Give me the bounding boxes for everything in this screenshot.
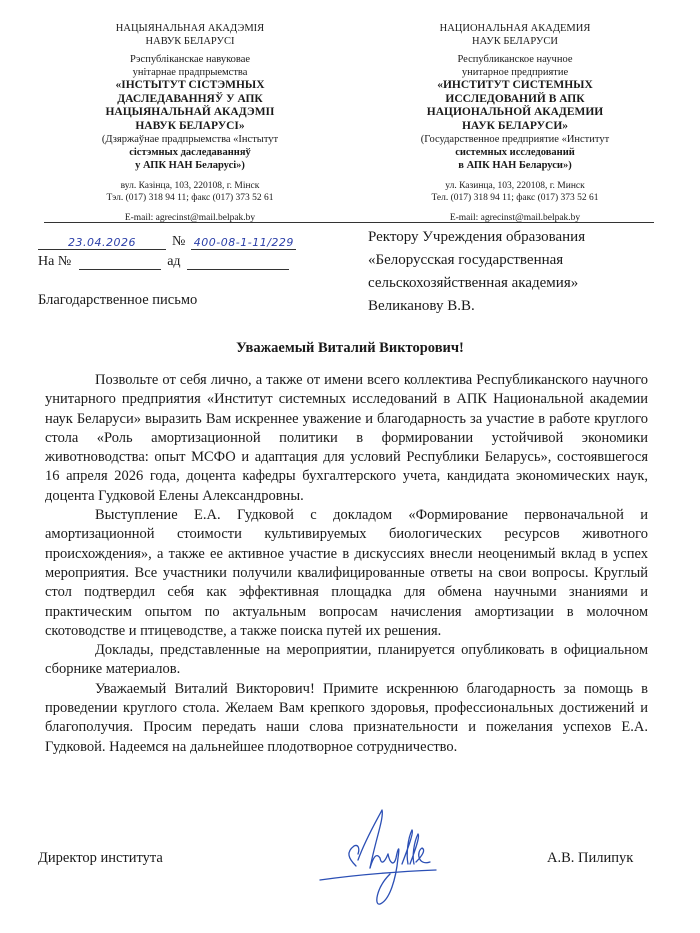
number-label: № — [172, 234, 185, 250]
signatory-name: А.В. Пилипук — [547, 850, 633, 867]
academy-name: НАЦИОНАЛЬНАЯ АКАДЕМИЯ НАУК БЕЛАРУСИ — [365, 22, 665, 48]
letter-body: Позвольте от себя лично, а также от имен… — [45, 371, 648, 757]
paragraph: Уважаемый Виталий Викторович! Примите ис… — [45, 680, 648, 757]
in-reply-blank — [79, 269, 161, 270]
academy-line: НАЦЫЯНАЛЬНАЯ АКАДЭМІЯ — [40, 22, 340, 35]
handwritten-number: 400-08-1-11/229 — [191, 236, 296, 250]
addressee-line: «Белорусская государственная — [368, 249, 585, 272]
org-name-line: ДАСЛЕДАВАННЯЎ У АПК — [40, 93, 340, 107]
org-name-line: «ІНСТЫТУТ СІСТЭМНЫХ — [40, 79, 340, 93]
org-short-name: (Государственное предприятие «Институт с… — [365, 133, 665, 172]
letter-subject: Благодарственное письмо — [38, 292, 197, 309]
academy-name: НАЦЫЯНАЛЬНАЯ АКАДЭМІЯ НАВУК БЕЛАРУСІ — [40, 22, 340, 48]
org-name: «ИНСТИТУТ СИСТЕМНЫХ ИССЛЕДОВАНИЙ В АПК Н… — [365, 79, 665, 133]
phone: Тел. (017) 318 94 11; факс (017) 373 52 … — [365, 192, 665, 204]
short-name-line: сістэмных даследаванняў — [40, 146, 340, 159]
handwritten-signature — [318, 808, 438, 918]
short-name-line: (Дзяржаўнае прадпрыемства «Інстытут — [40, 133, 340, 146]
academy-line: НАЦИОНАЛЬНАЯ АКАДЕМИЯ — [365, 22, 665, 35]
email: E-mail: agrecinst@mail.belpak.by — [40, 212, 340, 225]
reference-block: 23.04.2026 № 400-08-1-11/229 На № ад — [38, 232, 296, 270]
handwritten-date: 23.04.2026 — [38, 236, 166, 250]
org-name-line: НАЦИОНАЛЬНОЙ АКАДЕМИИ — [365, 106, 665, 120]
org-type: Рэспубліканскае навуковае унітарнае прад… — [40, 53, 340, 79]
org-name-line: «ИНСТИТУТ СИСТЕМНЫХ — [365, 79, 665, 93]
org-type-line: Республиканское научное — [365, 53, 665, 66]
from-label: ад — [167, 254, 180, 270]
paragraph: Доклады, представленные на мероприятии, … — [45, 641, 648, 680]
org-name-line: ИССЛЕДОВАНИЙ В АПК — [365, 93, 665, 107]
org-name-line: НАЦЫЯНАЛЬНАЙ АКАДЭМІІ — [40, 106, 340, 120]
incoming-ref-row: На № ад — [38, 252, 296, 270]
address: вул. Казінца, 103, 220108, г. Мінск — [40, 180, 340, 192]
letterhead-belarusian: НАЦЫЯНАЛЬНАЯ АКАДЭМІЯ НАВУК БЕЛАРУСІ Рэс… — [40, 22, 340, 225]
academy-line: НАУК БЕЛАРУСИ — [365, 35, 665, 48]
address: ул. Казинца, 103, 220108, г. Минск — [365, 180, 665, 192]
short-name-line: в АПК НАН Беларуси») — [365, 159, 665, 172]
addressee-block: Ректору Учреждения образования «Белорусс… — [368, 226, 585, 318]
letterhead-russian: НАЦИОНАЛЬНАЯ АКАДЕМИЯ НАУК БЕЛАРУСИ Респ… — [365, 22, 665, 225]
paragraph: Выступление Е.А. Гудковой с докладом «Фо… — [45, 506, 648, 641]
phone: Тэл. (017) 318 94 11; факс (017) 373 52 … — [40, 192, 340, 204]
email: E-mail: agrecinst@mail.belpak.by — [365, 212, 665, 225]
addressee-line: Ректору Учреждения образования — [368, 226, 585, 249]
in-reply-label: На № — [38, 254, 71, 270]
org-name-line: НАВУК БЕЛАРУСІ» — [40, 120, 340, 134]
addressee-name: Великанову В.В. — [368, 295, 585, 318]
short-name-line: (Государственное предприятие «Институт — [365, 133, 665, 146]
org-type: Республиканское научное унитарное предпр… — [365, 53, 665, 79]
org-name-line: НАУК БЕЛАРУСИ» — [365, 120, 665, 134]
letterhead-divider — [44, 222, 654, 223]
org-short-name: (Дзяржаўнае прадпрыемства «Інстытут сіст… — [40, 133, 340, 172]
short-name-line: системных исследований — [365, 146, 665, 159]
from-date-blank — [187, 269, 289, 270]
org-name: «ІНСТЫТУТ СІСТЭМНЫХ ДАСЛЕДАВАННЯЎ У АПК … — [40, 79, 340, 133]
paragraph: Позвольте от себя лично, а также от имен… — [45, 371, 648, 506]
signatory-position: Директор института — [38, 850, 163, 867]
addressee-line: сельскохозяйственная академия» — [368, 272, 585, 295]
contact-info: вул. Казінца, 103, 220108, г. Мінск Тэл.… — [40, 180, 340, 204]
org-type-line: унитарное предприятие — [365, 66, 665, 79]
greeting: Уважаемый Виталий Викторович! — [0, 340, 700, 357]
contact-info: ул. Казинца, 103, 220108, г. Минск Тел. … — [365, 180, 665, 204]
academy-line: НАВУК БЕЛАРУСІ — [40, 35, 340, 48]
short-name-line: у АПК НАН Беларусі») — [40, 159, 340, 172]
org-type-line: Рэспубліканскае навуковае — [40, 53, 340, 66]
org-type-line: унітарнае прадпрыемства — [40, 66, 340, 79]
outgoing-ref-row: 23.04.2026 № 400-08-1-11/229 — [38, 232, 296, 250]
